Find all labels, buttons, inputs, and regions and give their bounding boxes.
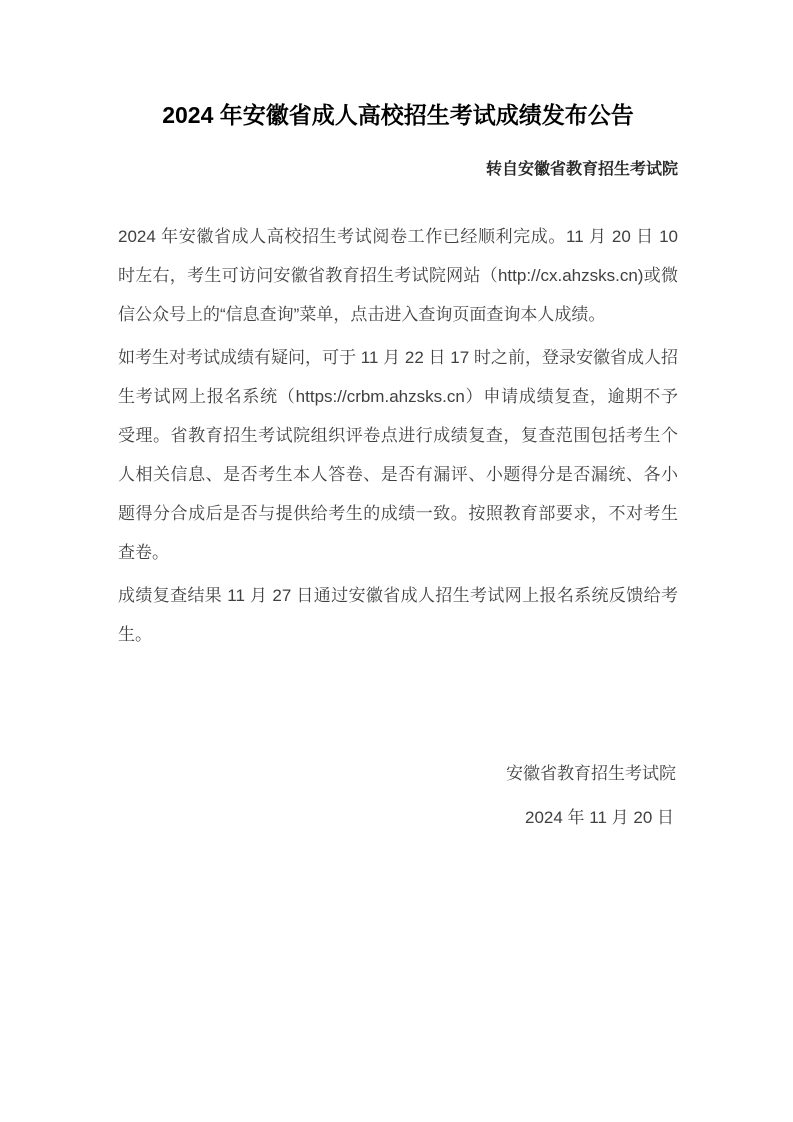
paragraph-score-recheck: 如考生对考试成绩有疑问，可于 11 月 22 日 17 时之前，登录安徽省成人招… [118, 338, 678, 572]
signature-block: 安徽省教育招生考试院 2024 年 11 月 20 日 [118, 754, 678, 837]
document-content-column: 2024 年安徽省成人高校招生考试成绩发布公告 转自安徽省教育招生考试院 202… [118, 0, 678, 837]
signature-organization: 安徽省教育招生考试院 [118, 754, 678, 793]
paragraph-recheck-result: 成绩复查结果 11 月 27 日通过安徽省成人招生考试网上报名系统反馈给考生。 [118, 576, 678, 654]
document-body: 2024 年安徽省成人高校招生考试阅卷工作已经顺利完成。11 月 20 日 10… [118, 217, 678, 654]
source-attribution: 转自安徽省教育招生考试院 [118, 159, 678, 181]
document-title: 2024 年安徽省成人高校招生考试成绩发布公告 [118, 100, 678, 130]
signature-date: 2024 年 11 月 20 日 [118, 798, 678, 837]
paragraph-score-release: 2024 年安徽省成人高校招生考试阅卷工作已经顺利完成。11 月 20 日 10… [118, 217, 678, 334]
document-page: 2024 年安徽省成人高校招生考试成绩发布公告 转自安徽省教育招生考试院 202… [0, 0, 793, 1122]
